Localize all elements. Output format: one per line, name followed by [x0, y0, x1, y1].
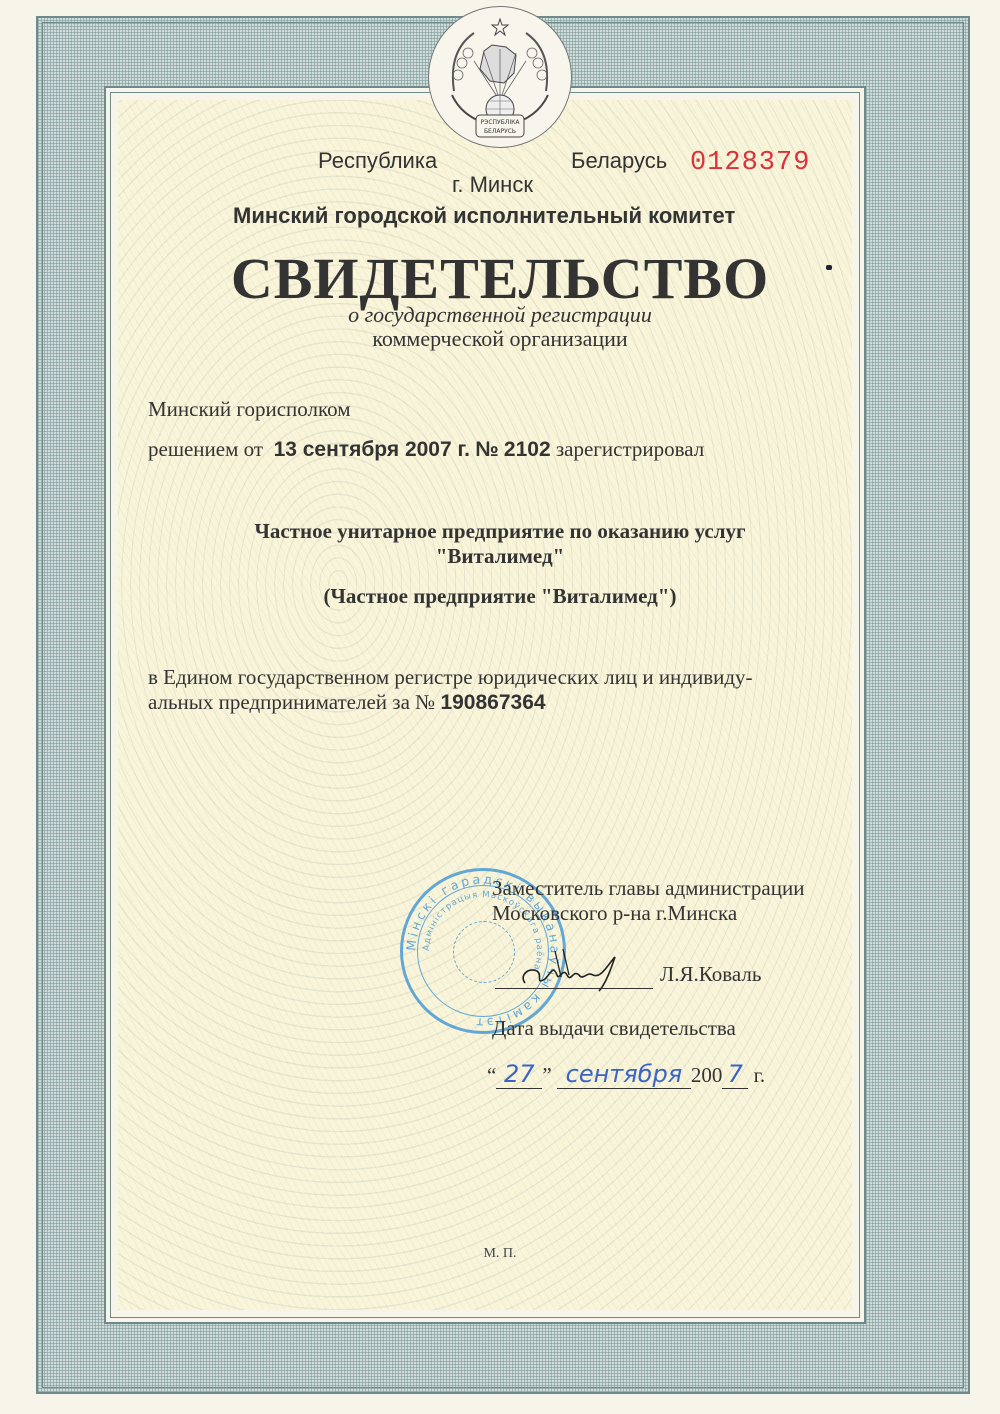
signer-position-line1: Заместитель главы администрации — [492, 876, 804, 901]
issue-year-suffix: 7 — [722, 1060, 748, 1089]
decision-number: 2102 — [504, 438, 551, 461]
signer-position-line2: Московского р-на г.Минска — [492, 901, 737, 926]
issue-year-unit: г. — [754, 1063, 766, 1087]
stamp-emblem-icon — [453, 921, 515, 983]
quote-open: “ — [487, 1063, 496, 1087]
issue-day: 27 — [496, 1060, 542, 1089]
decision-suffix: зарегистрировал — [556, 437, 704, 461]
svg-text:БЕЛАРУСЬ: БЕЛАРУСЬ — [484, 128, 516, 135]
issue-year-prefix: 200 — [691, 1063, 723, 1087]
registering-authority: Минский горисполком — [148, 397, 351, 422]
quote-close: ” — [542, 1063, 551, 1087]
svg-text:РЭСПУБЛІКА: РЭСПУБЛІКА — [481, 119, 521, 126]
document-subtitle-italic: о государственной регистрации — [0, 302, 1000, 328]
decision-prefix: решением от — [148, 437, 263, 461]
org-full-name-line2: "Виталимед" — [0, 544, 1000, 569]
header-republic: Республика — [318, 148, 437, 174]
seal-place-label: М. П. — [0, 1246, 1000, 1262]
issue-month: сентября — [557, 1060, 691, 1089]
ink-mark — [826, 265, 832, 270]
document-subtitle: коммерческой организации — [0, 326, 1000, 352]
org-full-name-line1: Частное унитарное предприятие по оказани… — [0, 519, 1000, 544]
register-number: 190867364 — [440, 691, 545, 714]
register-line1: в Едином государственном регистре юридич… — [148, 665, 753, 690]
number-sign: № — [475, 438, 498, 461]
belarus-state-emblem-icon: РЭСПУБЛІКА БЕЛАРУСЬ — [428, 6, 572, 148]
signatory-name: Л.Я.Коваль — [660, 962, 761, 987]
register-line2-prefix: альных предпринимателей за № — [148, 690, 435, 714]
decision-date: 13 сентября 2007 г. — [274, 438, 470, 461]
header-country: Беларусь — [571, 148, 667, 174]
serial-number: 0128379 — [690, 148, 810, 178]
decision-line: решением от 13 сентября 2007 г. № 2102 з… — [148, 437, 704, 462]
issuer-name: Минский городской исполнительный комитет — [233, 203, 735, 229]
register-line2: альных предпринимателей за № 190867364 — [148, 690, 546, 715]
org-short-name: (Частное предприятие "Виталимед") — [0, 584, 1000, 609]
header-city: г. Минск — [452, 172, 533, 198]
signature-line — [495, 988, 653, 989]
issue-date-label: Дата выдачи свидетельства — [492, 1016, 736, 1041]
issue-date: “27” сентября2007 г. — [487, 1060, 765, 1089]
